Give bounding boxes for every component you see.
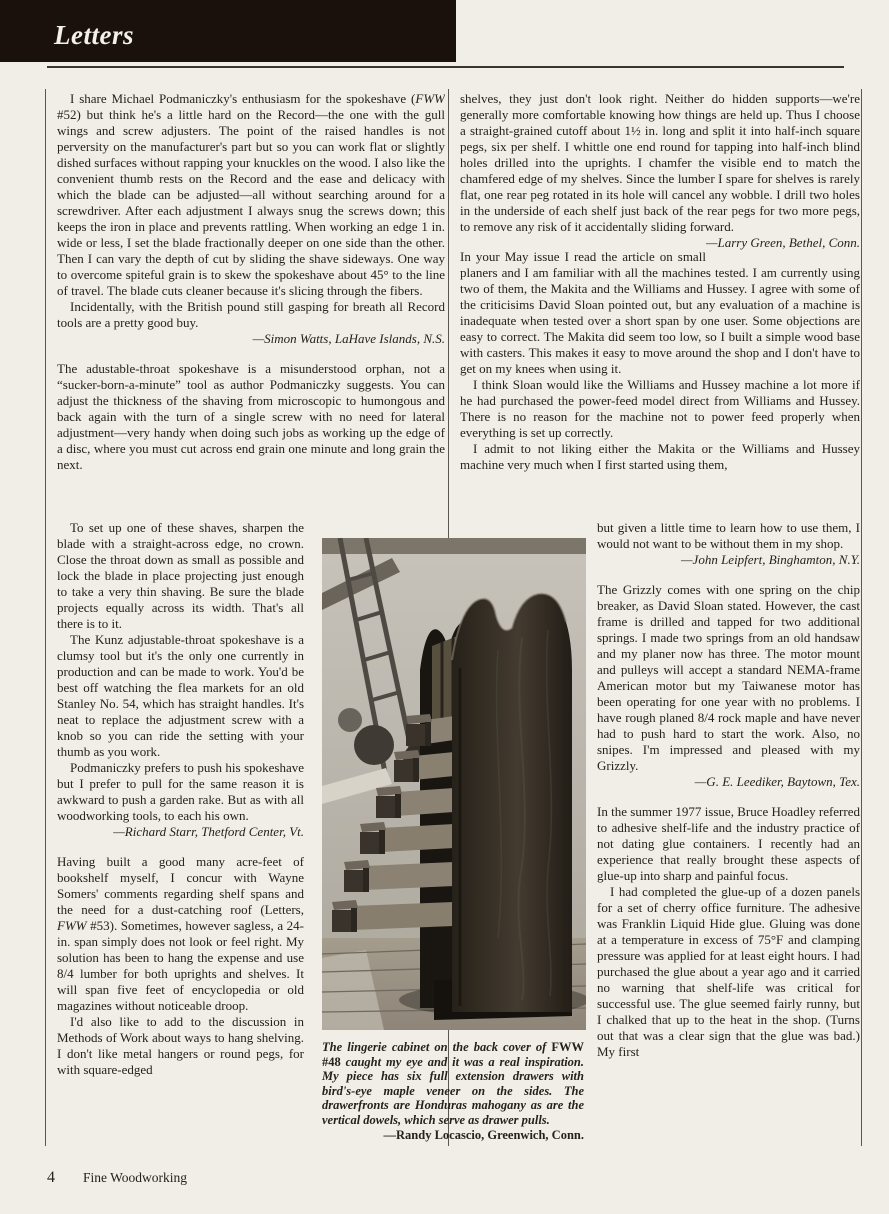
letter2-paragraph2: To set up one of these shaves, sharpen t… bbox=[57, 520, 304, 632]
cabinet-photo-illustration bbox=[322, 538, 586, 1030]
magazine-ref: FWW bbox=[415, 91, 445, 106]
column-rule-left bbox=[45, 89, 46, 1146]
letter3-paragraph2: I'd also like to add to the discussion i… bbox=[57, 1014, 304, 1078]
letter2-paragraph4: Podmaniczky prefers to push his spokesha… bbox=[57, 760, 304, 824]
cabinet-photo bbox=[322, 538, 586, 1030]
letter3-signature: —Larry Green, Bethel, Conn. bbox=[706, 235, 860, 251]
column1-top: I share Michael Podmaniczky's enthusiasm… bbox=[57, 91, 445, 525]
letter4-paragraph3: I admit to not liking either the Makita … bbox=[460, 441, 860, 473]
letter4-signature: —John Leipfert, Binghamton, N.Y. bbox=[597, 552, 860, 568]
header-band: Letters bbox=[0, 0, 456, 62]
letter1-signature: —Simon Watts, LaHave Islands, N.S. bbox=[57, 331, 445, 347]
section-title: Letters bbox=[54, 20, 134, 51]
letter2-paragraph1: The adustable-throat spokeshave is a mis… bbox=[57, 361, 445, 473]
letter6-paragraph1: In the summer 1977 issue, Bruce Hoadley … bbox=[597, 804, 860, 884]
caption-text: The lingerie cabinet on the back cover o… bbox=[322, 1040, 584, 1128]
letter4-paragraph1: In your May issue I read the article on … bbox=[460, 249, 860, 377]
letter4-paragraph4: but given a little time to learn how to … bbox=[597, 520, 860, 552]
letter3-paragraph1: Having built a good many acre-feet of bo… bbox=[57, 854, 304, 1014]
letter4-paragraph2: I think Sloan would like the Williams an… bbox=[460, 377, 860, 441]
magazine-page: Letters I share Michael Podmaniczky's en… bbox=[0, 0, 889, 1214]
column1-bottom: To set up one of these shaves, sharpen t… bbox=[57, 520, 304, 1148]
letter5-paragraph1: The Grizzly comes with one spring on the… bbox=[597, 582, 860, 774]
magazine-ref: FWW bbox=[57, 918, 87, 933]
letter2-signature: —Richard Starr, Thetford Center, Vt. bbox=[57, 824, 304, 840]
letter2-paragraph3: The Kunz adjustable-throat spokeshave is… bbox=[57, 632, 304, 760]
header-rule bbox=[47, 66, 844, 68]
photo-caption: The lingerie cabinet on the back cover o… bbox=[322, 1040, 584, 1142]
letter1-paragraph1: I share Michael Podmaniczky's enthusiasm… bbox=[57, 91, 445, 299]
caption-signature: —Randy Locascio, Greenwich, Conn. bbox=[322, 1128, 584, 1143]
column2-bottom: but given a little time to learn how to … bbox=[597, 520, 860, 1148]
column-rule-right bbox=[861, 89, 862, 1146]
letter6-paragraph2: I had completed the glue-up of a dozen p… bbox=[597, 884, 860, 1060]
letter3-paragraph3: shelves, they just don't look right. Nei… bbox=[460, 91, 860, 235]
page-number: 4 bbox=[47, 1169, 55, 1186]
column2-top: shelves, they just don't look right. Nei… bbox=[460, 91, 860, 525]
page-footer: 4 Fine Woodworking bbox=[47, 1169, 187, 1187]
letter5-signature: —G. E. Leediker, Baytown, Tex. bbox=[597, 774, 860, 790]
letter1-paragraph2: Incidentally, with the British pound sti… bbox=[57, 299, 445, 331]
magazine-name: Fine Woodworking bbox=[83, 1170, 187, 1185]
